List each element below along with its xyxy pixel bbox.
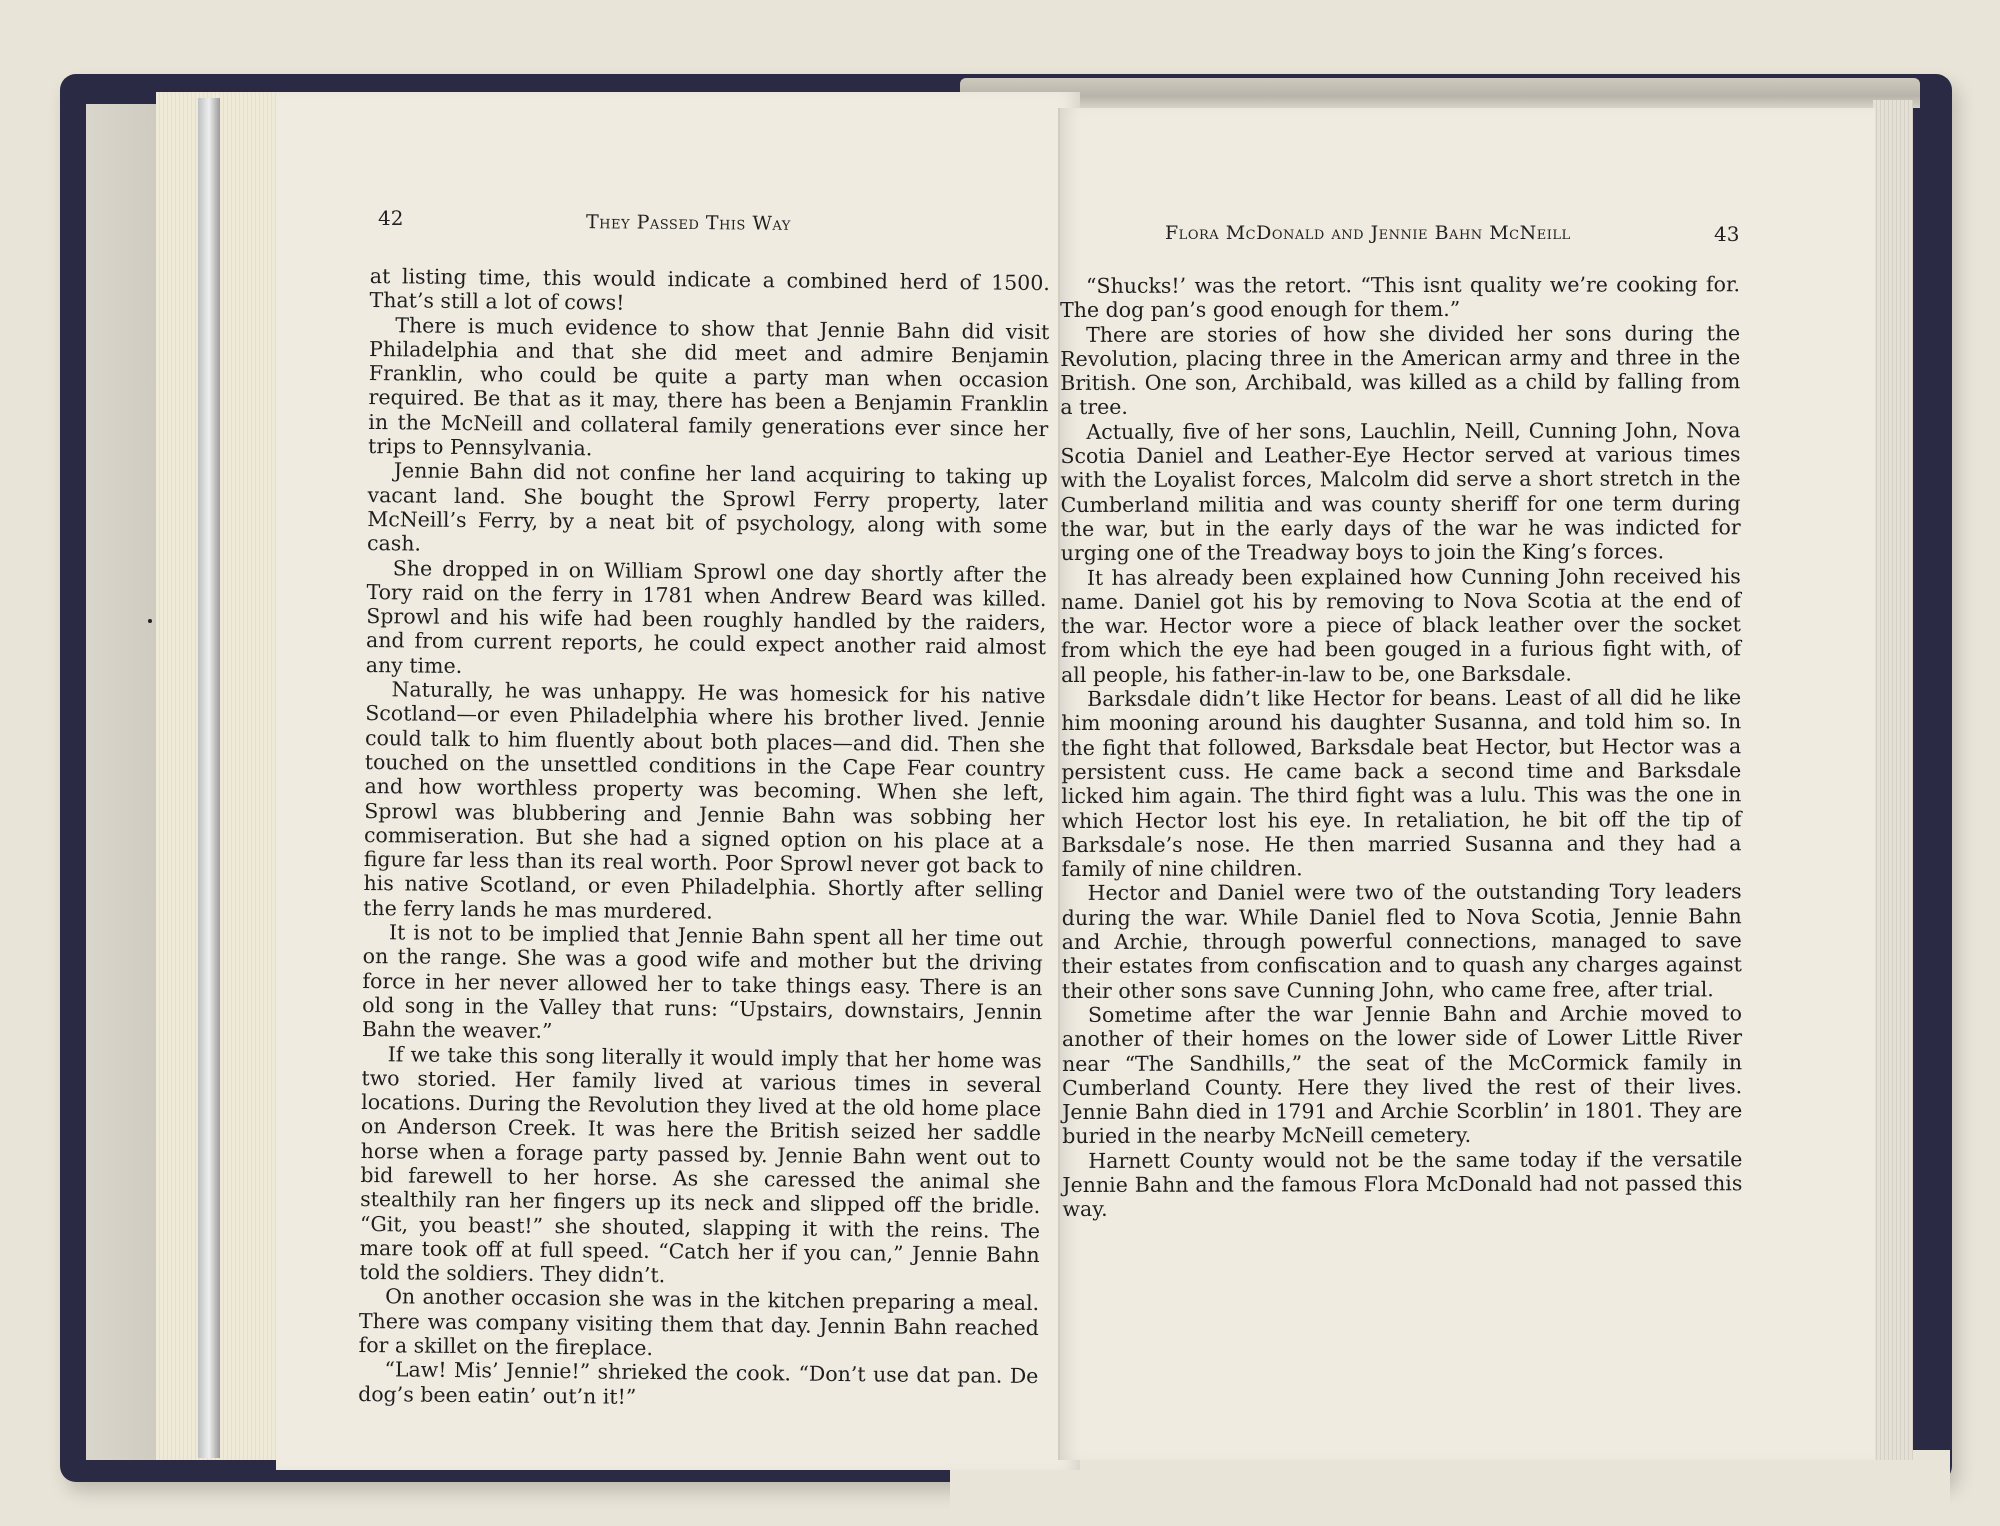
paragraph: Sometime after the war Jennie Bahn and A…	[1062, 1001, 1742, 1149]
paragraph: She dropped in on William Sprowl one day…	[366, 556, 1047, 685]
paragraph: Naturally, he was unhappy. He was homesi…	[363, 677, 1046, 927]
background-surface	[950, 1450, 1950, 1526]
paragraph: There are stories of how she divided her…	[1060, 321, 1740, 420]
running-head-left: They Passed This Way	[586, 211, 791, 235]
paragraph: at listing time, this would indicate a c…	[369, 264, 1049, 320]
paragraph: On another occasion she was in the kitch…	[359, 1284, 1040, 1364]
paragraph: “Law! Mis’ Jennie!” shrieked the cook. “…	[358, 1357, 1038, 1413]
paragraph: There is much evidence to show that Jenn…	[368, 313, 1049, 466]
page-number-right: 43	[1714, 222, 1739, 246]
spine-top-edge	[960, 78, 1920, 108]
paragraph: “Shucks!’ was the retort. “This isnt qua…	[1060, 272, 1740, 322]
paragraph: If we take this song literally it would …	[359, 1041, 1042, 1291]
page-edges-right	[1873, 100, 1913, 1460]
inserted-leaf	[198, 98, 220, 1458]
paragraph: Hector and Daniel were two of the outsta…	[1062, 880, 1742, 1003]
paragraph: It has already been explained how Cunnin…	[1061, 564, 1741, 687]
page-number-left: 42	[378, 206, 403, 230]
speck	[148, 619, 152, 623]
running-head-right: Flora McDonald and Jennie Bahn McNeill	[1165, 222, 1571, 244]
endpaper-left	[86, 104, 156, 1460]
paragraph: Harnett County would not be the same tod…	[1062, 1147, 1742, 1222]
paragraph: It is not to be implied that Jennie Bahn…	[362, 920, 1043, 1049]
paragraph: Barksdale didn’t like Hector for beans. …	[1061, 685, 1742, 881]
paragraph: Jennie Bahn did not confine her land acq…	[367, 458, 1048, 562]
body-text-left: at listing time, this would indicate a c…	[358, 264, 1050, 1413]
paragraph: Actually, five of her sons, Lauchlin, Ne…	[1060, 418, 1740, 566]
body-text-right: “Shucks!’ was the retort. “This isnt qua…	[1060, 272, 1742, 1221]
